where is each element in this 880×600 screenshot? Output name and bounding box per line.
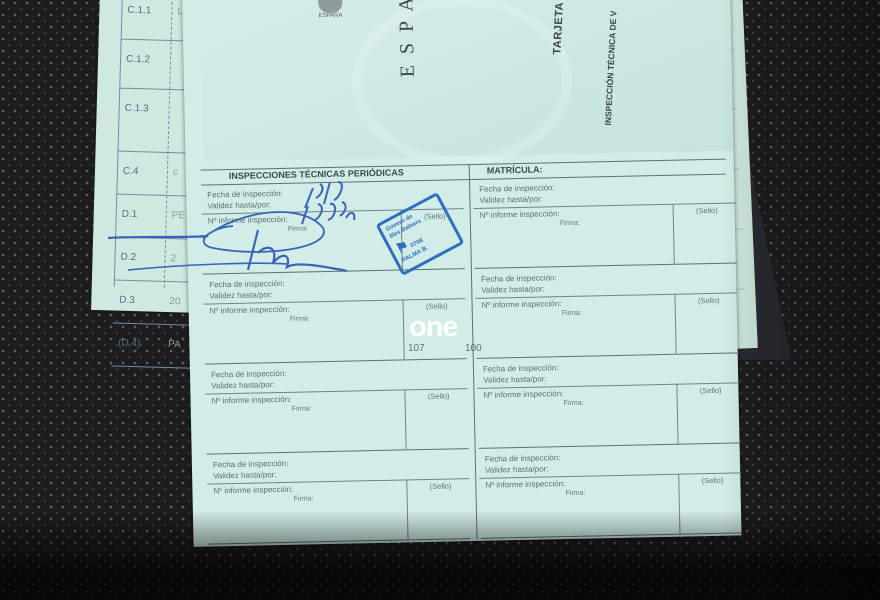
coat-watermark — [350, 0, 574, 168]
country-label: ESPAÑA — [394, 0, 420, 78]
coat-of-arms-icon: ESPAÑA — [308, 0, 353, 25]
card-title: TARJETA — [551, 2, 566, 55]
inspection-entry: Fecha de inspección: Validez hasta/por: … — [477, 354, 741, 448]
inspection-entry: Fecha de inspección: Validez hasta/por: … — [205, 360, 469, 454]
card-subtitle: INSPECCIÓN TÉCNICA DE V — [603, 10, 619, 125]
inspection-entry: Fecha de inspección: Validez hasta/por: … — [475, 264, 739, 358]
card-cover: ESPAÑA ESPAÑA TARJETA INSPECCIÓN TÉCNICA… — [200, 0, 733, 162]
one-logo-watermark: one — [409, 313, 458, 342]
watermark-number-right: 100 — [465, 343, 482, 354]
header-plate: MATRÍCULA: — [487, 164, 543, 175]
inspection-entry: Fecha de inspección: Validez hasta/por: … — [473, 174, 737, 268]
watermark-number-left: 107 — [408, 343, 425, 354]
handwritten-signature — [108, 178, 378, 288]
